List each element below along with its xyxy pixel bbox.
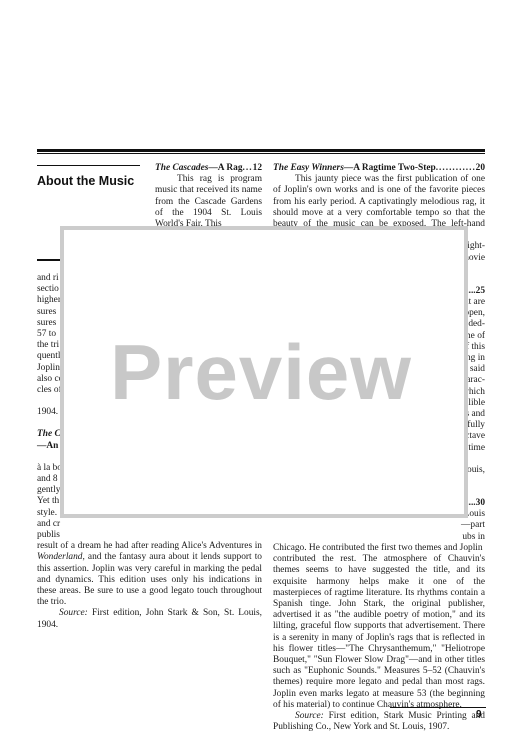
text-fragment: —part xyxy=(273,520,485,531)
preview-overlay: Preview xyxy=(60,226,468,518)
entry-body: result of a dream he had after reading A… xyxy=(37,541,262,608)
page-number: 9 xyxy=(476,709,482,720)
italic-title: Wonderland xyxy=(37,552,83,562)
left-column-rule xyxy=(37,259,61,261)
entry-cascades: The Cascades —A Rag 12 This rag is progr… xyxy=(155,163,262,230)
text-line: Chicago. He contributed the first two th… xyxy=(273,543,485,554)
text-span: result of a dream he had after reading A… xyxy=(37,541,262,551)
leader-dots xyxy=(243,163,253,174)
header-double-rule-thick xyxy=(37,149,485,152)
entry-subtitle: —A Ragtime Two-Step xyxy=(344,163,436,174)
heading-rule xyxy=(37,165,140,166)
entry-title-name: The Cascades xyxy=(155,163,208,174)
text-fragment: ubs in xyxy=(273,532,485,543)
header-double-rule-thin xyxy=(37,153,485,154)
entry-subtitle: —A Rag xyxy=(208,163,242,174)
entry-page-number: 20 xyxy=(476,163,485,174)
leader-dots xyxy=(436,163,476,174)
entry-page-number: 12 xyxy=(253,163,262,174)
entry-body: contributed the rest. The atmosphere of … xyxy=(273,554,485,711)
source-label: Source: xyxy=(295,711,324,721)
entry-source: Source: First edition, Stark Music Print… xyxy=(273,711,485,733)
entry-title: The Cascades —A Rag 12 xyxy=(155,163,262,174)
entry-source: Source: First edition, John Stark & Son,… xyxy=(37,608,262,630)
source-label: Source: xyxy=(59,608,88,618)
entry-body: This rag is program music that received … xyxy=(155,174,262,230)
section-heading: About the Music xyxy=(37,174,134,188)
text-fragment: publis xyxy=(37,530,262,541)
text-fragment: and cr xyxy=(37,519,262,530)
preview-watermark-text: Preview xyxy=(110,327,412,418)
entry-title: The Easy Winners —A Ragtime Two-Step 20 xyxy=(273,163,485,174)
entry-title-name: The Easy Winners xyxy=(273,163,344,174)
footer-rule xyxy=(390,707,486,708)
